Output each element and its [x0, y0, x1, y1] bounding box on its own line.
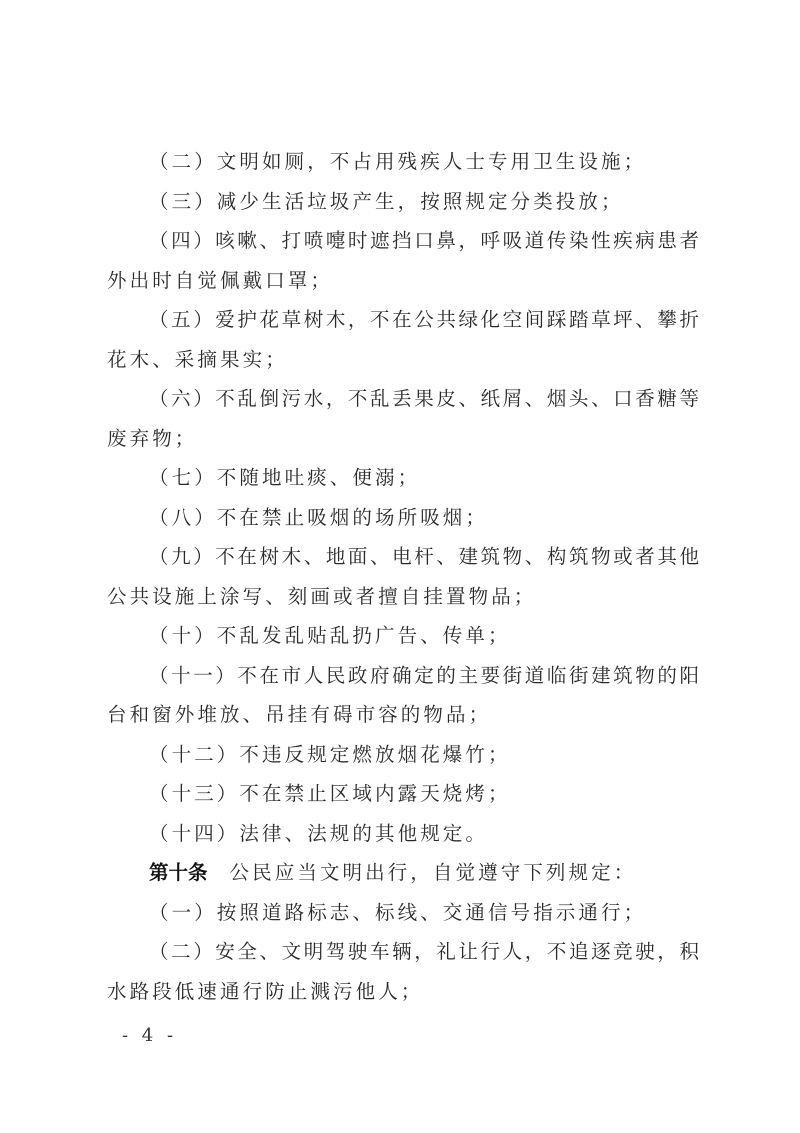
list-item: （五）爱护花草树木，不在公共绿化空间踩踏草坪、攀折	[107, 300, 699, 340]
page-number: - 4 -	[122, 1025, 177, 1046]
article-text: 公民应当文明出行，自觉遵守下列规定：	[230, 861, 637, 884]
article-heading: 第十条公民应当文明出行，自觉遵守下列规定：	[107, 853, 699, 893]
list-item: （十一）不在市人民政府确定的主要街道临街建筑物的阳	[107, 656, 699, 696]
list-item-continuation: 外出时自觉佩戴口罩；	[107, 261, 699, 301]
list-item: （八）不在禁止吸烟的场所吸烟；	[107, 498, 699, 538]
list-item: （十三）不在禁止区域内露天烧烤；	[107, 774, 699, 814]
list-item: （十）不乱发乱贴乱扔广告、传单；	[107, 616, 699, 656]
list-item-continuation: 公共设施上涂写、刻画或者擅自挂置物品；	[107, 577, 699, 617]
list-item: （九）不在树木、地面、电杆、建筑物、构筑物或者其他	[107, 537, 699, 577]
list-item: （十二）不违反规定燃放烟花爆竹；	[107, 735, 699, 775]
list-item: （七）不随地吐痰、便溺；	[107, 458, 699, 498]
document-body: （二）文明如厕，不占用残疾人士专用卫生设施； （三）减少生活垃圾产生，按照规定分…	[107, 142, 699, 1011]
list-item: （六）不乱倒污水，不乱丢果皮、纸屑、烟头、口香糖等	[107, 379, 699, 419]
list-item-continuation: 花木、采摘果实；	[107, 340, 699, 380]
list-item: （二）文明如厕，不占用残疾人士专用卫生设施；	[107, 142, 699, 182]
list-item-continuation: 台和窗外堆放、吊挂有碍市容的物品；	[107, 695, 699, 735]
article-label: 第十条	[149, 861, 208, 884]
list-item-continuation: 废弃物；	[107, 419, 699, 459]
list-item: （一）按照道路标志、标线、交通信号指示通行；	[107, 893, 699, 933]
list-item: （十四）法律、法规的其他规定。	[107, 814, 699, 854]
document-page: （二）文明如厕，不占用残疾人士专用卫生设施； （三）减少生活垃圾产生，按照规定分…	[0, 0, 800, 1133]
list-item-continuation: 水路段低速通行防止溅污他人；	[107, 972, 699, 1012]
list-item: （四）咳嗽、打喷嚏时遮挡口鼻，呼吸道传染性疾病患者	[107, 221, 699, 261]
list-item: （三）减少生活垃圾产生，按照规定分类投放；	[107, 182, 699, 222]
list-item: （二）安全、文明驾驶车辆，礼让行人，不追逐竞驶，积	[107, 932, 699, 972]
